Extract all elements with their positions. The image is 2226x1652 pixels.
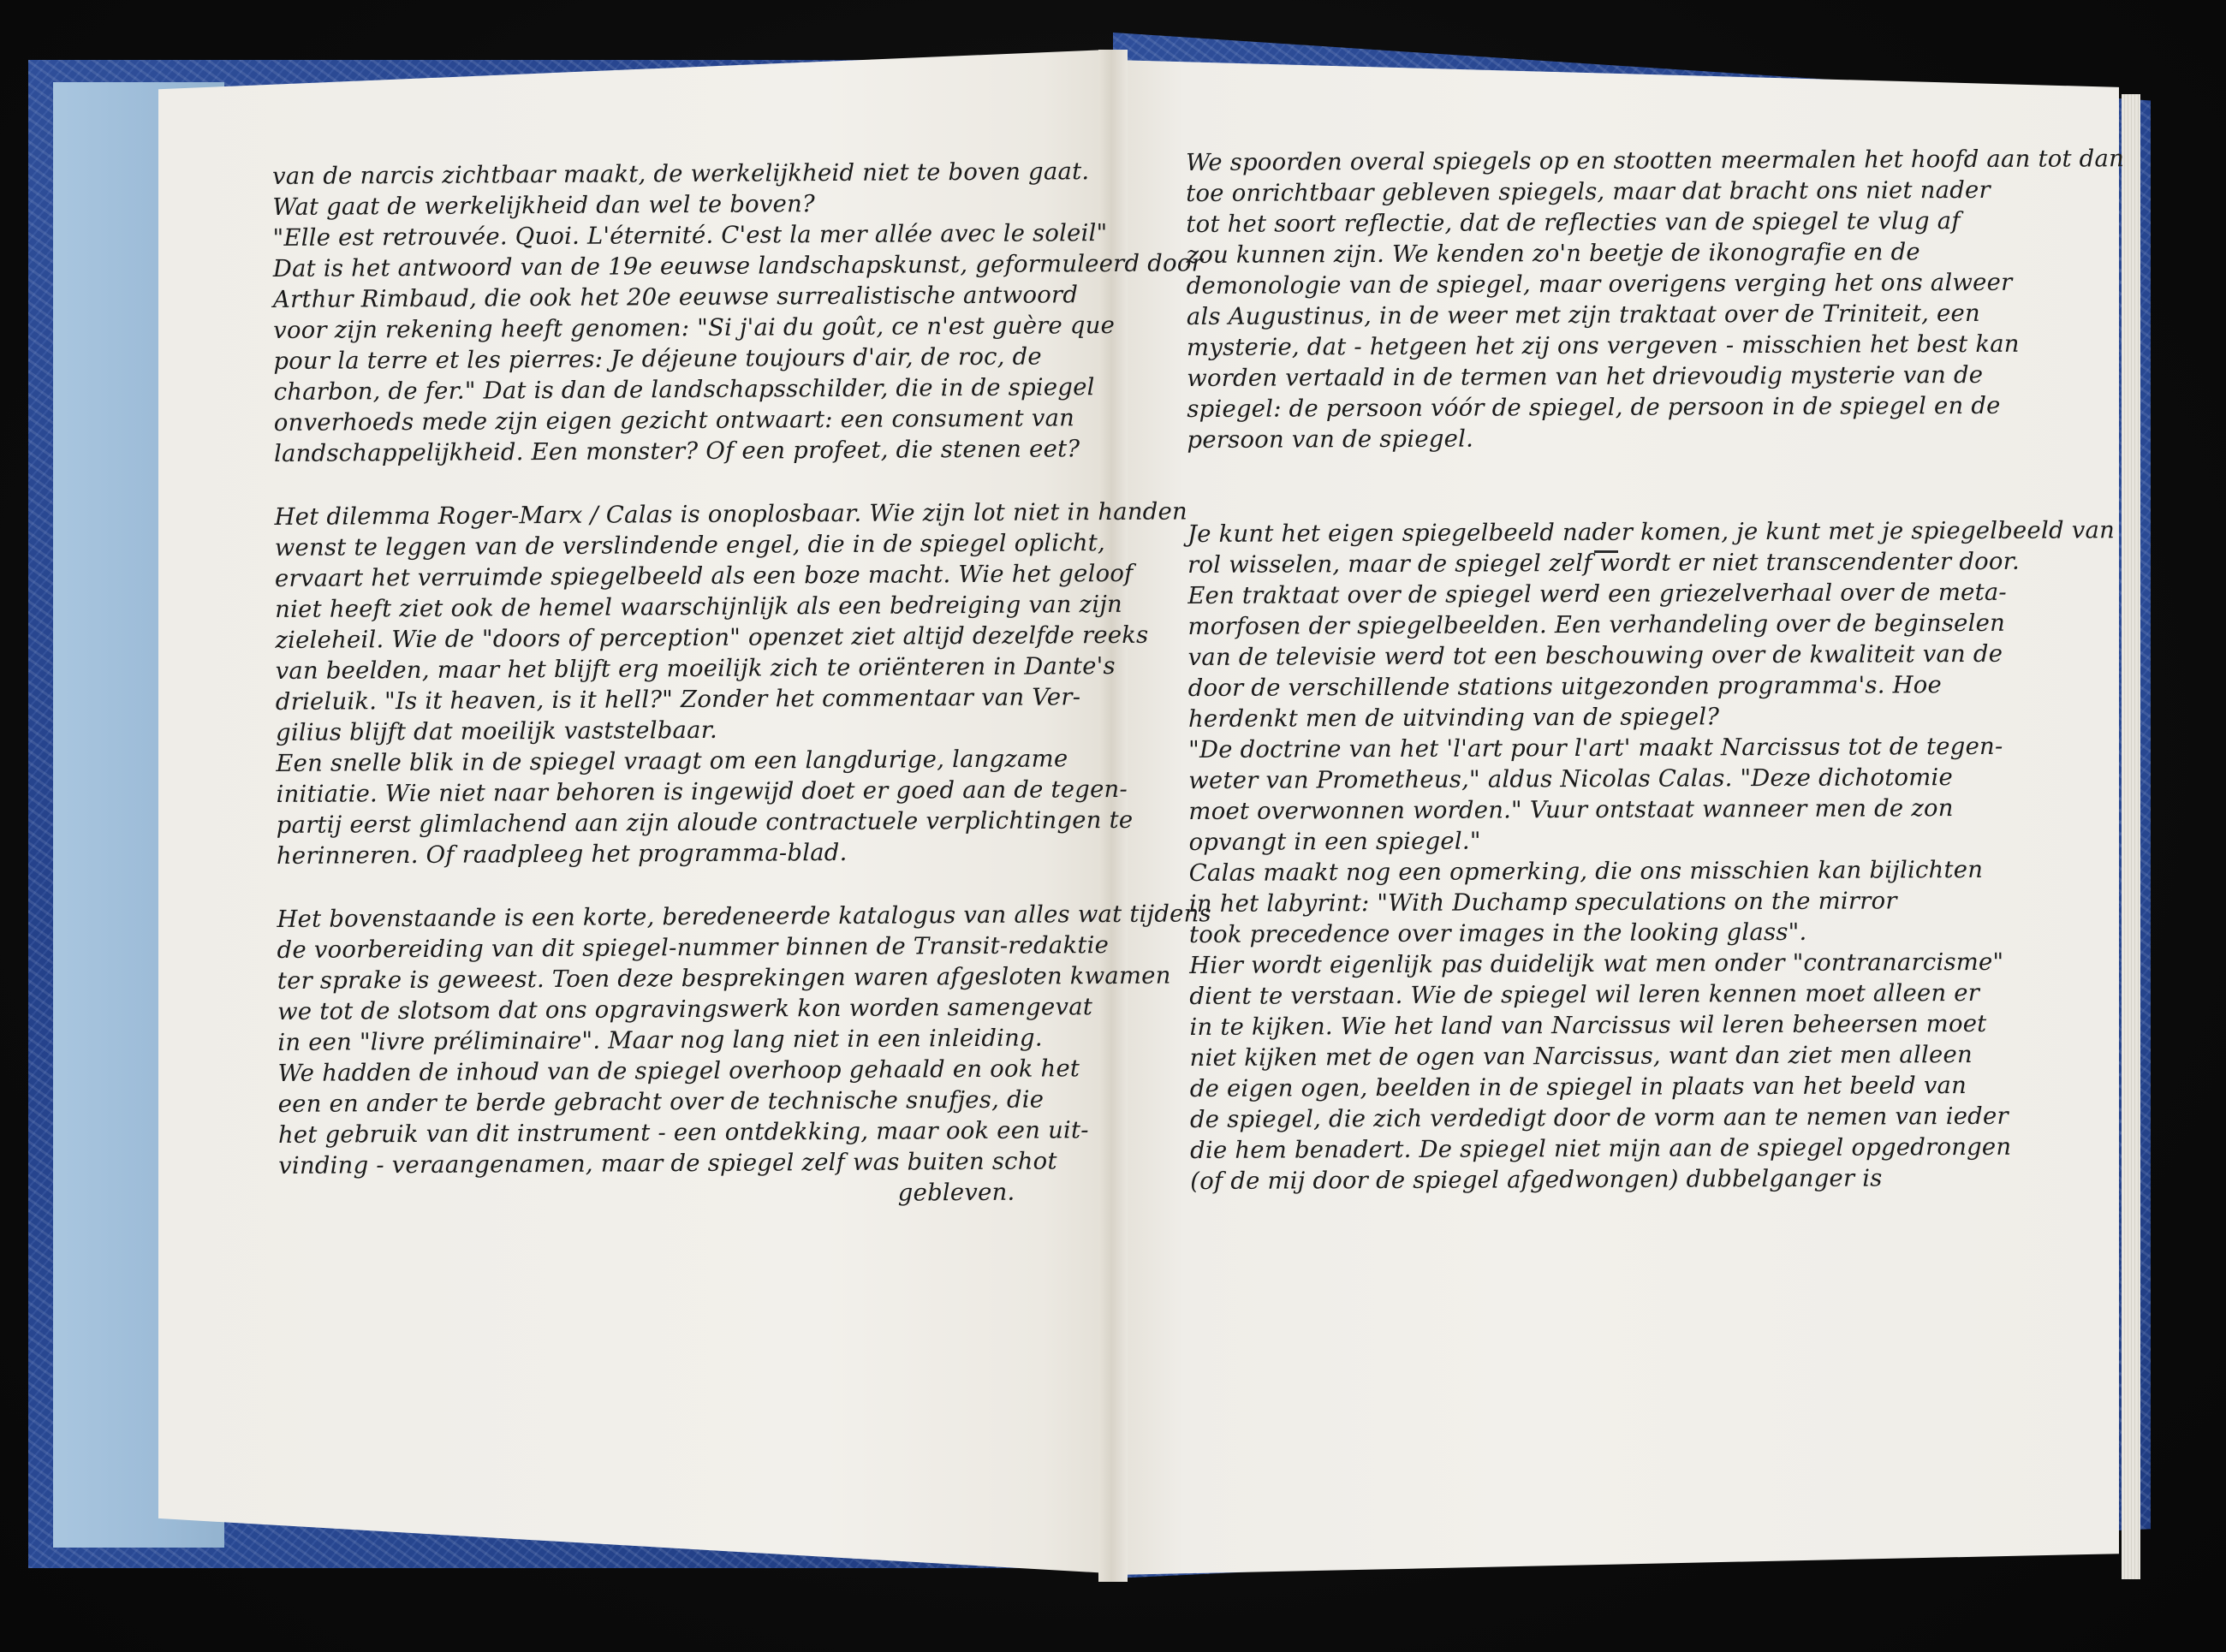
book-photo: van de narcis zichtbaar maakt, de werkel…	[0, 0, 2226, 1652]
text-line: ervaart het verruimde spiegelbeeld als e…	[275, 558, 1062, 594]
text-line: Een snelle blik in de spiegel vraagt om …	[276, 743, 1063, 779]
text-line: Je kunt het eigen spiegelbeeld nader kom…	[1187, 515, 1997, 550]
text-line: morfosen der spiegelbeelden. Een verhand…	[1187, 608, 1997, 642]
text-line: dient te verstaan. Wie de spiegel wil le…	[1189, 978, 1998, 1012]
text-line: de eigen ogen, beelden in de spiegel in …	[1190, 1070, 1999, 1104]
text-line: weter van Prometheus," aldus Nicolas Cal…	[1188, 762, 1997, 796]
text-line: als Augustinus, in de weer met zijn trak…	[1187, 298, 1996, 332]
text-line: we tot de slotsom dat ons opgravingswerk…	[277, 991, 1065, 1027]
text-line: wenst te leggen van de verslindende enge…	[275, 527, 1062, 563]
text-line: rol wisselen, maar de spiegel zelf wordt…	[1187, 546, 1997, 580]
text-line: spiegel: de persoon vóór de spiegel, de …	[1187, 390, 1996, 425]
text-line: Wat gaat de werkelijkheid dan wel te bov…	[272, 187, 1060, 223]
text-line: Een traktaat over de spiegel werd een gr…	[1187, 577, 1997, 611]
text-line: "De doctrine van het 'l'art pour l'art' …	[1188, 731, 1997, 765]
text-line: herdenkt men de uitvinding van de spiege…	[1188, 700, 1997, 734]
paragraph-gap	[277, 866, 1064, 904]
text-line: tot het soort reflectie, dat de reflecti…	[1186, 205, 1995, 240]
text-line: van beelden, maar het blijft erg moeilij…	[276, 651, 1063, 686]
text-line: van de narcis zichtbaar maakt, de werkel…	[272, 156, 1060, 192]
text-line: toe onrichtbaar gebleven spiegels, maar …	[1186, 175, 1995, 209]
text-line: landschappelijkheid. Een monster? Of een…	[274, 433, 1062, 469]
text-line: pour la terre et les pierres: Je déjeune…	[273, 341, 1061, 377]
text-line: vinding - veraangenamen, maar de spiegel…	[278, 1145, 1066, 1181]
text-line: Hier wordt eigenlijk pas duidelijk wat m…	[1189, 947, 1998, 981]
text-line: de voorbereiding van dit spiegel-nummer …	[277, 930, 1065, 966]
text-line: niet heeft ziet ook de hemel waarschijnl…	[275, 589, 1062, 625]
text-line: die hem benadert. De spiegel niet mijn a…	[1190, 1132, 1999, 1166]
text-line: We spoorden overal spiegels op en stoott…	[1186, 144, 1995, 178]
text-line: ter sprake is geweest. Toen deze besprek…	[277, 960, 1065, 996]
text-line: persoon van de spiegel.	[1187, 421, 1996, 455]
paragraph-gap	[274, 464, 1062, 502]
text-line: zou kunnen zijn. We kenden zo'n beetje d…	[1186, 236, 1995, 270]
text-line: zieleheil. Wie de "doors of perception" …	[275, 620, 1062, 656]
text-line: een en ander te berde gebracht over de t…	[278, 1084, 1066, 1120]
text-line: het gebruik van dit instrument - een ont…	[278, 1114, 1066, 1150]
paragraph: Het dilemma Roger-Marx / Calas is onoplo…	[274, 496, 1064, 871]
text-line: voor zijn rekening heeft genomen: "Si j'…	[273, 310, 1061, 346]
left-page-text: van de narcis zichtbaar maakt, de werkel…	[272, 156, 1066, 1212]
text-line: gilius blijft dat moeilijk vaststelbaar.	[276, 712, 1063, 748]
paragraph: Het bovenstaande is een korte, beredenee…	[277, 899, 1066, 1212]
text-line: partij eerst glimlachend aan zijn aloude…	[277, 805, 1064, 841]
text-line: (of de mij door de spiegel afgedwongen) …	[1190, 1162, 1999, 1197]
paragraph: We spoorden overal spiegels op en stoott…	[1186, 144, 1997, 455]
text-line: took precedence over images in the looki…	[1189, 916, 1998, 950]
text-line: moet overwonnen worden." Vuur ontstaat w…	[1188, 793, 1997, 827]
text-line: mysterie, dat - hetgeen het zij ons verg…	[1187, 329, 1996, 363]
paragraph: van de narcis zichtbaar maakt, de werkel…	[272, 156, 1062, 469]
paragraph: Je kunt het eigen spiegelbeeld nader kom…	[1187, 515, 1999, 1197]
text-line: herinneren. Of raadpleeg het programma-b…	[277, 835, 1064, 871]
text-line: Calas maakt nog een opmerking, die ons m…	[1189, 854, 1998, 888]
text-line: We hadden de inhoud van de spiegel overh…	[277, 1053, 1065, 1089]
text-line: niet kijken met de ogen van Narcissus, w…	[1190, 1039, 1999, 1073]
text-line: opvangt in een spiegel."	[1188, 823, 1997, 858]
text-line: in het labyrint: "With Duchamp speculati…	[1189, 885, 1998, 919]
separator-dash	[1594, 550, 1618, 553]
text-line: Dat is het antwoord van de 19e eeuwse la…	[273, 248, 1061, 284]
right-page-text: We spoorden overal spiegels op en stoott…	[1186, 144, 1999, 1197]
text-line: in te kijken. Wie het land van Narcissus…	[1189, 1008, 1998, 1043]
text-line: in een "livre préliminaire". Maar nog la…	[277, 1022, 1065, 1058]
text-line: Het bovenstaande is een korte, beredenee…	[277, 899, 1064, 935]
text-line: door de verschillende stations uitgezond…	[1188, 669, 1997, 704]
text-line: de spiegel, die zich verdedigt door de v…	[1190, 1101, 1999, 1135]
paragraph-gap	[1187, 452, 1997, 519]
text-line: initiatie. Wie niet naar behoren is inge…	[276, 774, 1063, 810]
text-line: demonologie van de spiegel, maar overige…	[1187, 267, 1996, 301]
text-line: Het dilemma Roger-Marx / Calas is onoplo…	[274, 496, 1062, 532]
text-line: onverhoeds mede zijn eigen gezicht ontwa…	[274, 402, 1062, 438]
text-line: drieluik. "Is it heaven, is it hell?" Zo…	[276, 681, 1063, 717]
text-line: Arthur Rimbaud, die ook het 20e eeuwse s…	[273, 279, 1061, 315]
text-line: van de televisie werd tot een beschouwin…	[1188, 639, 1997, 673]
signoff-line: gebleven.	[278, 1176, 1066, 1212]
text-line: "Elle est retrouvée. Quoi. L'éternité. C…	[272, 217, 1060, 253]
text-line: worden vertaald in de termen van het dri…	[1187, 360, 1996, 394]
text-line: charbon, de fer." Dat is dan de landscha…	[274, 371, 1062, 407]
page-edges	[2122, 94, 2140, 1579]
